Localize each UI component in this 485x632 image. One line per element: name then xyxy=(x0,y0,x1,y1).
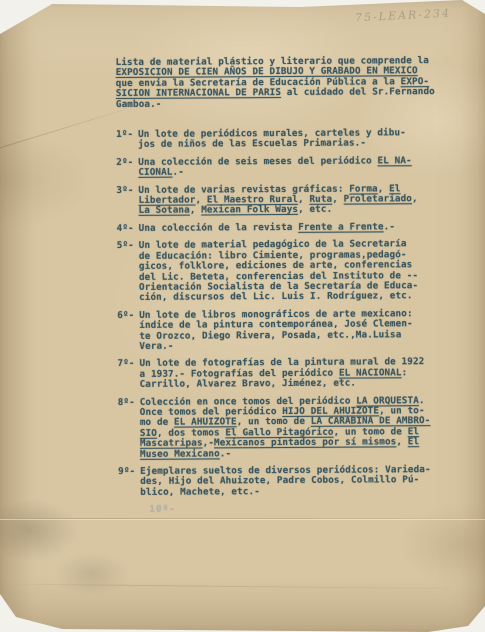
item-number: 4º- xyxy=(117,224,139,235)
list-item: 7º-Un lote de fotografías de la pintura … xyxy=(117,357,453,390)
item-lines: Ejemplares sueltos de diversos periódico… xyxy=(140,465,454,498)
document-header: Lista de material plástico y literario q… xyxy=(116,56,452,110)
item-line: blico, Machete, etc.- xyxy=(140,486,454,498)
item-number: 5º- xyxy=(117,241,139,304)
item-lines: Un lote de material pedagógico de la Sec… xyxy=(139,239,453,303)
list-item: 3º-Un lote de varias revistas gráficas: … xyxy=(116,184,452,217)
item-number: 3º- xyxy=(116,186,138,217)
item-number: 9º- xyxy=(118,467,140,498)
item-number: 6º- xyxy=(117,311,139,353)
item-lines: Un lote de varias revistas gráficas: For… xyxy=(138,184,452,217)
header-line: SICION INTERNACIONAL DE PARIS al cuidado… xyxy=(116,87,452,99)
paper-crease xyxy=(0,518,485,519)
item-line: jos de niños de las Escuelas Primarias.- xyxy=(138,138,452,150)
faint-item-number: 10ª- xyxy=(149,503,454,515)
paper-sheet: 75-LEAR-234 Lista de material plástico y… xyxy=(0,0,485,632)
list-item: 2º-Una colección de seis meses del perió… xyxy=(116,156,452,179)
item-number: 8º- xyxy=(118,397,140,460)
list-item: 6º-Un lote de libros monográficos de art… xyxy=(117,309,453,353)
document-scan: 75-LEAR-234 Lista de material plástico y… xyxy=(0,0,485,632)
item-lines: Colección en once tomos del periódico LA… xyxy=(140,396,454,460)
paper-crease xyxy=(0,106,135,151)
item-line: ción, discursos del Lic. Luis I. Rodrígu… xyxy=(139,291,453,303)
header-line: Gamboa.- xyxy=(116,98,452,110)
item-line: Una colección de la revista Frente a Fre… xyxy=(139,222,453,234)
item-list: 1º-Un lote de periódicos murales, cartel… xyxy=(116,128,454,498)
item-lines: Una colección de seis meses del periódic… xyxy=(138,156,452,179)
item-line: CIONAL.- xyxy=(138,166,452,178)
item-lines: Un lote de periódicos murales, carteles … xyxy=(138,128,452,151)
pencil-annotation: 75-LEAR-234 xyxy=(355,6,452,24)
item-line: Vera.- xyxy=(139,340,453,352)
list-item: 8º-Colección en once tomos del periódico… xyxy=(118,396,454,460)
item-number: 7º- xyxy=(117,359,139,390)
paper-crease xyxy=(0,583,485,589)
item-number: 1º- xyxy=(116,130,138,151)
item-line: Museo Mexicano.- xyxy=(140,448,454,460)
item-number: 2º- xyxy=(116,158,138,179)
item-lines: Una colección de la revista Frente a Fre… xyxy=(139,222,453,234)
item-line: Carrillo, Alvarez Bravo, Jiménez, etc. xyxy=(140,378,454,390)
list-item: 1º-Un lote de periódicos murales, cartel… xyxy=(116,128,452,151)
typewritten-text: Lista de material plástico y literario q… xyxy=(116,56,455,516)
list-item: 5º-Un lote de material pedagógico de la … xyxy=(117,239,453,303)
item-line: La Sotana, Mexican Folk Ways, etc. xyxy=(139,204,453,216)
item-lines: Un lote de fotografías de la pintura mur… xyxy=(139,357,453,390)
list-item: 4º-Una colección de la revista Frente a … xyxy=(117,222,453,234)
list-item: 9º-Ejemplares sueltos de diversos periód… xyxy=(118,465,454,498)
item-lines: Un lote de libros monográficos de arte m… xyxy=(139,309,453,353)
